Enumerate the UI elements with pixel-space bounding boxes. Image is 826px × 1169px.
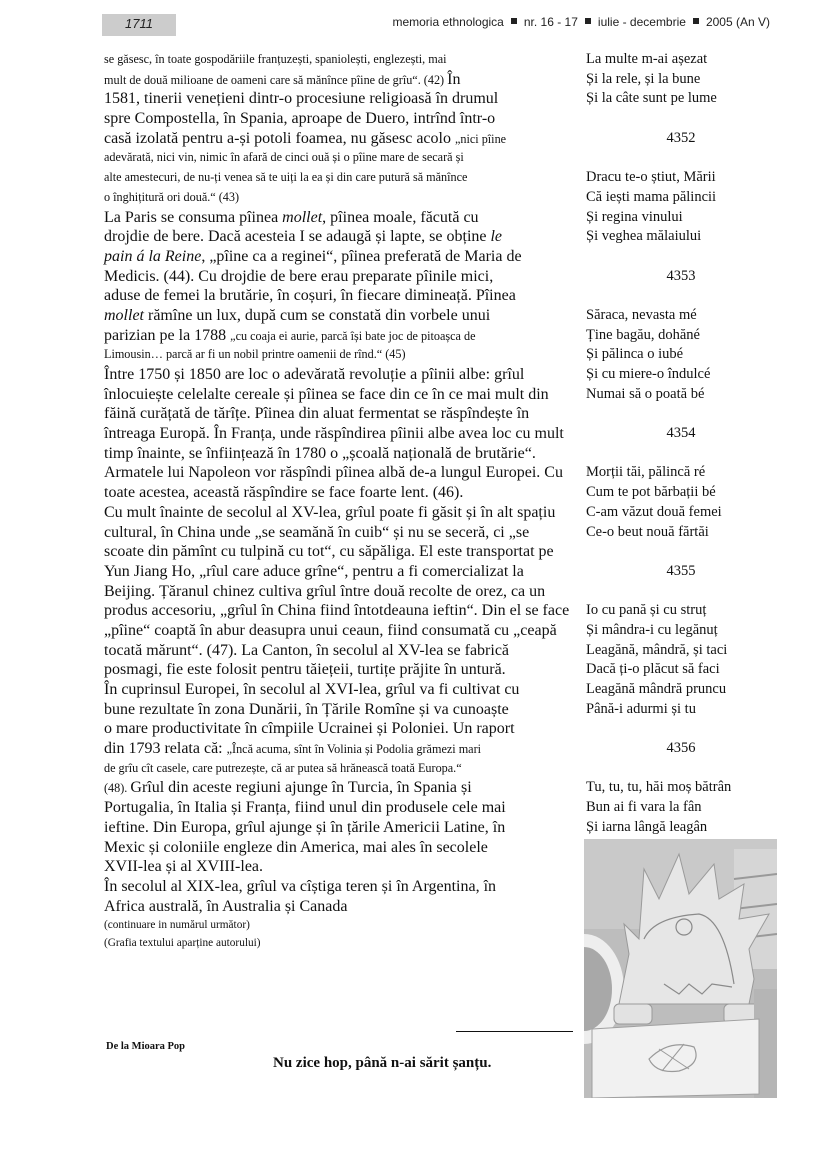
- issue-number: nr. 16 - 17: [524, 15, 578, 29]
- running-header: memoria ethnologicanr. 16 - 17iulie - de…: [392, 15, 770, 29]
- text-line: Beijing. Țăranul chinez cultiva grîul în…: [104, 582, 579, 602]
- italic-term: mollet: [104, 307, 144, 324]
- continuation-note: (continuare in numărul următor): [104, 916, 579, 934]
- poem-line: Săraca, nevasta mé: [586, 306, 776, 326]
- square-bullet-icon: [511, 18, 517, 24]
- text-line: Cu mult înainte de secolul al XV-lea, gr…: [104, 503, 579, 523]
- text-span: La Paris se consuma pîinea: [104, 209, 282, 226]
- text-span: , pîinea moale, făcută cu: [322, 209, 478, 226]
- italic-term: mollet: [282, 209, 322, 226]
- text-line: Yun Jiang Ho, „rîul care aduce grîne“, p…: [104, 562, 579, 582]
- square-bullet-icon: [693, 18, 699, 24]
- page-number: 1711: [102, 16, 176, 31]
- poem-line: Io cu pană și cu struț: [586, 601, 776, 621]
- proverb: Nu zice hop, până n-ai sărit șanțu.: [273, 1055, 491, 1072]
- poems-column: La multe m-ai așezat Și la rele, și la b…: [586, 50, 776, 838]
- text-line: bune rezultate în zona Dunării, în Țăril…: [104, 700, 579, 720]
- text-line: produs accesoriu, „grîul în China fiind …: [104, 601, 579, 621]
- text-line: alte amestecuri, de nu-ți venea să te ui…: [104, 168, 579, 188]
- poem-number: 4356: [586, 739, 776, 759]
- text-line: Medicis. (44). Cu drojdie de bere erau p…: [104, 267, 579, 287]
- poem-number: 4354: [586, 424, 776, 444]
- text-line: ieftine. Din Europa, grîul ajunge și în …: [104, 818, 579, 838]
- quote-span: „Încă acuma, sînt în Volinia și Podolia …: [227, 742, 481, 756]
- poem-line: Dracu te-o știut, Mării: [586, 168, 776, 188]
- quote-span: „nici pîine: [455, 132, 506, 146]
- text-line: aduse de femei la brutărie, în coșuri, î…: [104, 286, 579, 306]
- text-line: se găsesc, în toate gospodăriile franțuz…: [104, 50, 579, 70]
- poem-line: La multe m-ai așezat: [586, 50, 776, 70]
- poem-line: Că iești mama pălincii: [586, 188, 776, 208]
- text-line: XVII-lea și al XVIII-lea.: [104, 857, 579, 877]
- article-body: se găsesc, în toate gospodăriile franțuz…: [104, 50, 579, 952]
- text-line: În secolul al XIX-lea, grîul va cîștiga …: [104, 877, 579, 897]
- poem-line: Și pălinca o iubé: [586, 345, 776, 365]
- poem-line: Leagănă mândră pruncu: [586, 680, 776, 700]
- poem-line: Și la rele, și la bune: [586, 70, 776, 90]
- text-line: (48). Grîul din aceste regiuni ajunge în…: [104, 778, 579, 798]
- text-line: Africa australă, în Australia și Canada: [104, 897, 579, 917]
- text-line: toate acestea, această răspîndire se fac…: [104, 483, 579, 503]
- text-span: (48).: [104, 781, 130, 795]
- footer-divider: [456, 1031, 573, 1032]
- text-line: întreaga Europă. În Franța, unde răspînd…: [104, 424, 579, 444]
- text-line: adevărată, nici vin, nimic în afară de c…: [104, 148, 579, 168]
- poem-number: 4353: [586, 267, 776, 287]
- poem-line: Și mândra-i cu legănuț: [586, 621, 776, 641]
- text-line: drojdie de bere. Dacă acesteia I se adau…: [104, 227, 579, 247]
- poem-line: Și cu miere-o îndulcé: [586, 365, 776, 385]
- poem-line: Cum te pot bărbații bé: [586, 483, 776, 503]
- poem-line: Și veghea mălaiului: [586, 227, 776, 247]
- text-line: cultural, în China unde „se seamănă în c…: [104, 523, 579, 543]
- text-line: Portugalia, în Italia și Franța, fiind u…: [104, 798, 579, 818]
- italic-term: pain á la Reine: [104, 248, 201, 265]
- poem-line: Până-i adurmi și tu: [586, 700, 776, 720]
- poem-line: Și regina vinului: [586, 208, 776, 228]
- spelling-note: (Grafia textului aparține autorului): [104, 934, 579, 952]
- poem-line: Dacă ți-o plăcut să faci: [586, 660, 776, 680]
- text-line: posmagi, fie este folosit pentru tăieței…: [104, 660, 579, 680]
- text-line: „pîine“ coaptă în abur deasupra unui cea…: [104, 621, 579, 641]
- text-line: înlocuiește celelalte cereale și pîinea …: [104, 385, 579, 405]
- journal-title: memoria ethnologica: [392, 15, 503, 29]
- text-line: pain á la Reine, „pîine ca a reginei“, p…: [104, 247, 579, 267]
- text-span: , „pîine ca a reginei“, pîinea preferată…: [201, 248, 521, 265]
- text-line: scoate din pămînt cu tulpină cu tot“, cu…: [104, 542, 579, 562]
- poem-line: Și iarna lângă leagân: [586, 818, 776, 838]
- text-span: parizian pe la 1788: [104, 327, 230, 344]
- poem-line: Morții tăi, pălincă ré: [586, 463, 776, 483]
- text-span: drojdie de bere. Dacă acesteia I se adau…: [104, 228, 490, 245]
- poem-number: 4352: [586, 129, 776, 149]
- text-line: Armatele lui Napoleon vor răspîndi pîine…: [104, 463, 579, 483]
- poem-line: Ce-o beut nouă fărtăi: [586, 523, 776, 543]
- text-line: Între 1750 și 1850 are loc o adevărată r…: [104, 365, 579, 385]
- issue-year: 2005 (An V): [706, 15, 770, 29]
- text-span: mult de două milioane de oameni care să …: [104, 73, 447, 87]
- poem-line: Ține bagău, dohăné: [586, 326, 776, 346]
- text-line: mult de două milioane de oameni care să …: [104, 70, 579, 90]
- page-number-box: 1711: [102, 14, 176, 36]
- issue-period: iulie - decembrie: [598, 15, 686, 29]
- text-line: mollet rămîne un lux, după cum se consta…: [104, 306, 579, 326]
- square-bullet-icon: [585, 18, 591, 24]
- text-line: spre Compostella, în Spania, aproape de …: [104, 109, 579, 129]
- text-span: Grîul din aceste regiuni ajunge în Turci…: [130, 779, 471, 796]
- poem-line: Tu, tu, tu, hăi moș bătrân: [586, 778, 776, 798]
- poem-number: 4355: [586, 562, 776, 582]
- text-line: La Paris se consuma pîinea mollet, pîine…: [104, 208, 579, 228]
- text-line: timp înainte, se înființează în 1780 o „…: [104, 444, 579, 464]
- rooster-chair-photo: [584, 839, 777, 1098]
- poem-line: Și la câte sunt pe lume: [586, 89, 776, 109]
- text-line: Mexic și coloniile engleze din America, …: [104, 838, 579, 858]
- text-line: făină curățată de tărîțe. Pîinea din alu…: [104, 404, 579, 424]
- text-span: rămîne un lux, după cum se constată din …: [144, 307, 490, 324]
- text-line: 1581, tinerii venețieni dintr-o procesiu…: [104, 89, 579, 109]
- text-line: de grîu cît casele, care putrezește, că …: [104, 759, 579, 779]
- contributor-credit: De la Mioara Pop: [106, 1041, 185, 1052]
- text-span: casă izolată pentru a-și potoli foamea, …: [104, 130, 455, 147]
- text-line: casă izolată pentru a-și potoli foamea, …: [104, 129, 579, 149]
- quote-span: „cu coaja ei aurie, parcă își bate joc d…: [230, 329, 475, 343]
- text-line: o înghițitură ori două.“ (43): [104, 188, 579, 208]
- text-line: Limousin… parcă ar fi un nobil printre o…: [104, 345, 579, 365]
- poem-line: C-am văzut două femei: [586, 503, 776, 523]
- rooster-chair-image: [584, 839, 777, 1098]
- text-line: o mare productivitate în cîmpiile Ucrain…: [104, 719, 579, 739]
- text-span: din 1793 relata că:: [104, 740, 227, 757]
- text-line: tocată mărunt“. (47). La Canton, în seco…: [104, 641, 579, 661]
- text-span: În: [447, 71, 460, 88]
- poem-line: Numai să o poată bé: [586, 385, 776, 405]
- text-line: În cuprinsul Europei, în secolul al XVI-…: [104, 680, 579, 700]
- text-line: din 1793 relata că: „Încă acuma, sînt în…: [104, 739, 579, 759]
- poem-line: Bun ai fi vara la fân: [586, 798, 776, 818]
- poem-line: Leagănă, mândră, și taci: [586, 641, 776, 661]
- text-line: parizian pe la 1788 „cu coaja ei aurie, …: [104, 326, 579, 346]
- italic-term: le: [490, 228, 502, 245]
